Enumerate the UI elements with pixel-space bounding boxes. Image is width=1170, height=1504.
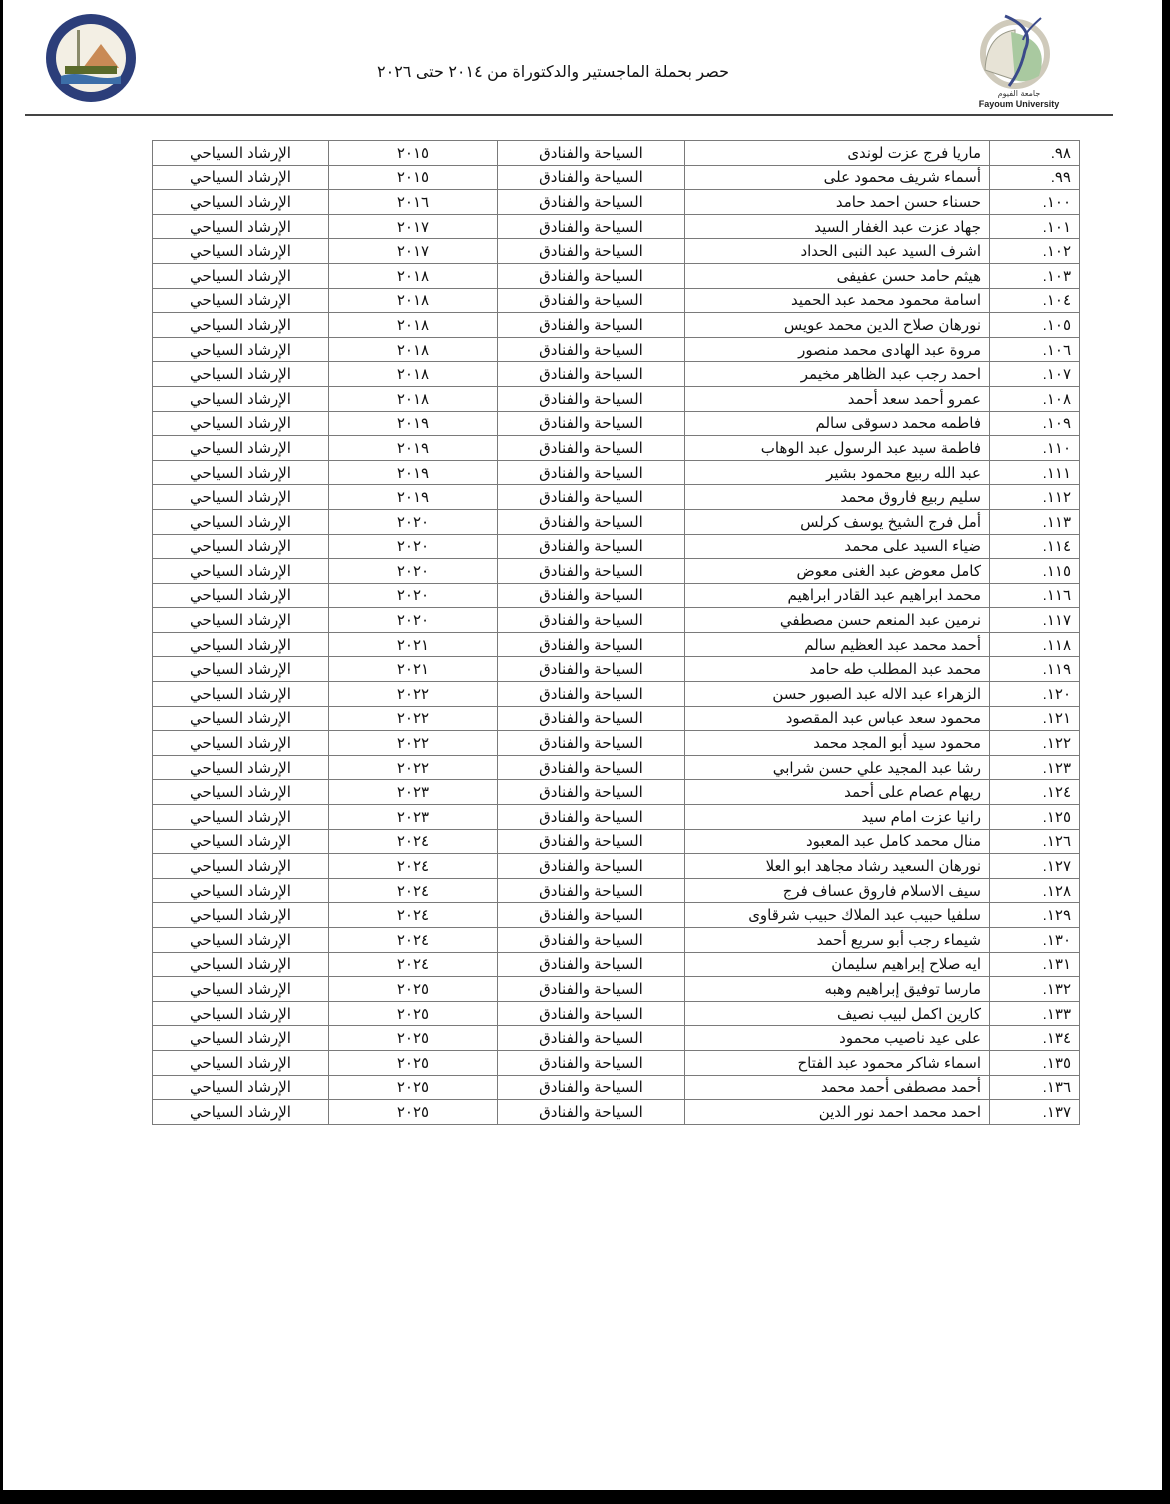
row-number: ١٠٧. — [990, 362, 1080, 387]
faculty-name: السياحة والفنادق — [498, 313, 685, 338]
table-row: ١٢٢. محمود سيد أبو المجد محمد السياحة وا… — [153, 731, 1080, 756]
graduate-name: اشرف السيد عبد النبى الحداد — [685, 239, 990, 264]
specialization: الإرشاد السياحي — [153, 780, 329, 805]
graduation-year: ٢٠٢٢ — [329, 755, 498, 780]
graduate-name: أحمد محمد عبد العظيم سالم — [685, 632, 990, 657]
graduation-year: ٢٠٢٢ — [329, 682, 498, 707]
graduate-name: رانيا عزت امام سيد — [685, 805, 990, 830]
faculty-name: السياحة والفنادق — [498, 559, 685, 584]
graduation-year: ٢٠٢٤ — [329, 952, 498, 977]
graduate-name: على عيد ناصيب محمود — [685, 1026, 990, 1051]
table-row: ١٠٨. عمرو أحمد سعد أحمد السياحة والفنادق… — [153, 386, 1080, 411]
graduate-name: فاطمه محمد دسوقى سالم — [685, 411, 990, 436]
graduate-name: كامل معوض عبد الغنى معوض — [685, 559, 990, 584]
graduation-year: ٢٠٢٤ — [329, 854, 498, 879]
faculty-name: السياحة والفنادق — [498, 608, 685, 633]
graduation-year: ٢٠٢١ — [329, 657, 498, 682]
graduate-name: سليم ربيع فاروق محمد — [685, 485, 990, 510]
row-number: ١١٦. — [990, 583, 1080, 608]
specialization: الإرشاد السياحي — [153, 362, 329, 387]
graduation-year: ٢٠٢٤ — [329, 928, 498, 953]
specialization: الإرشاد السياحي — [153, 583, 329, 608]
svg-text:جامعة الفيوم: جامعة الفيوم — [998, 89, 1041, 98]
graduate-name: احمد رجب عبد الظاهر مخيمر — [685, 362, 990, 387]
faculty-name: السياحة والفنادق — [498, 460, 685, 485]
graduate-name: اسامة محمود محمد عبد الحميد — [685, 288, 990, 313]
faculty-name: السياحة والفنادق — [498, 362, 685, 387]
graduate-name: عبد الله ربيع محمود بشير — [685, 460, 990, 485]
faculty-name: السياحة والفنادق — [498, 165, 685, 190]
row-number: ١٠٤. — [990, 288, 1080, 313]
graduation-year: ٢٠٢٤ — [329, 878, 498, 903]
row-number: ١٣٤. — [990, 1026, 1080, 1051]
table-row: ١٢٩. سلفيا حبيب عبد الملاك حبيب شرقاوى ا… — [153, 903, 1080, 928]
specialization: الإرشاد السياحي — [153, 1100, 329, 1125]
document-page: حصر بحملة الماجستير والدكتوراة من ٢٠١٤ ح… — [3, 0, 1162, 1490]
row-number: ١١٤. — [990, 534, 1080, 559]
graduate-name: أمل فرج الشيخ يوسف كرلس — [685, 509, 990, 534]
row-number: ١٠٠. — [990, 190, 1080, 215]
row-number: ٩٨. — [990, 141, 1080, 166]
specialization: الإرشاد السياحي — [153, 657, 329, 682]
table-row: ٩٨. ماريا فرج عزت لوندى السياحة والفنادق… — [153, 141, 1080, 166]
faculty-name: السياحة والفنادق — [498, 386, 685, 411]
specialization: الإرشاد السياحي — [153, 928, 329, 953]
row-number: ١١٩. — [990, 657, 1080, 682]
graduate-name: كارين اكمل لبيب نصيف — [685, 1001, 990, 1026]
row-number: ١١٠. — [990, 436, 1080, 461]
specialization: الإرشاد السياحي — [153, 239, 329, 264]
row-number: ١٠٥. — [990, 313, 1080, 338]
graduation-year: ٢٠٢٢ — [329, 731, 498, 756]
graduate-name: شيماء رجب أبو سريع أحمد — [685, 928, 990, 953]
faculty-name: السياحة والفنادق — [498, 755, 685, 780]
svg-text:Fayoum University: Fayoum University — [979, 99, 1060, 109]
table-row: ١٣٤. على عيد ناصيب محمود السياحة والفناد… — [153, 1026, 1080, 1051]
table-row: ١٠٥. نورهان صلاح الدين محمد عويس السياحة… — [153, 313, 1080, 338]
row-number: ١٣٣. — [990, 1001, 1080, 1026]
faculty-name: السياحة والفنادق — [498, 977, 685, 1002]
row-number: ١١٣. — [990, 509, 1080, 534]
header-divider — [25, 114, 1113, 116]
row-number: ١١٨. — [990, 632, 1080, 657]
row-number: ١٠٨. — [990, 386, 1080, 411]
table-row: ١١٠. فاطمة سيد عبد الرسول عبد الوهاب الس… — [153, 436, 1080, 461]
specialization: الإرشاد السياحي — [153, 190, 329, 215]
table-row: ٩٩. أسماء شريف محمود على السياحة والفناد… — [153, 165, 1080, 190]
table-row: ١٠٧. احمد رجب عبد الظاهر مخيمر السياحة و… — [153, 362, 1080, 387]
table-row: ١١٥. كامل معوض عبد الغنى معوض السياحة وا… — [153, 559, 1080, 584]
specialization: الإرشاد السياحي — [153, 485, 329, 510]
graduation-year: ٢٠١٨ — [329, 263, 498, 288]
faculty-name: السياحة والفنادق — [498, 952, 685, 977]
table-row: ١٢٧. نورهان السعيد رشاد مجاهد ابو العلا … — [153, 854, 1080, 879]
graduate-name: الزهراء عبد الاله عبد الصبور حسن — [685, 682, 990, 707]
row-number: ١٠١. — [990, 214, 1080, 239]
graduation-year: ٢٠١٧ — [329, 239, 498, 264]
table-row: ١٢٦. منال محمد كامل عبد المعبود السياحة … — [153, 829, 1080, 854]
faculty-name: السياحة والفنادق — [498, 657, 685, 682]
specialization: الإرشاد السياحي — [153, 534, 329, 559]
faculty-name: السياحة والفنادق — [498, 485, 685, 510]
faculty-name: السياحة والفنادق — [498, 411, 685, 436]
specialization: الإرشاد السياحي — [153, 460, 329, 485]
table-row: ١١٤. ضياء السيد على محمد السياحة والفناد… — [153, 534, 1080, 559]
faculty-name: السياحة والفنادق — [498, 583, 685, 608]
graduation-year: ٢٠١٧ — [329, 214, 498, 239]
specialization: الإرشاد السياحي — [153, 141, 329, 166]
graduation-year: ٢٠٢٥ — [329, 1075, 498, 1100]
table-row: ١٣١. ايه صلاح إبراهيم سليمان السياحة وال… — [153, 952, 1080, 977]
specialization: الإرشاد السياحي — [153, 1001, 329, 1026]
faculty-name: السياحة والفنادق — [498, 780, 685, 805]
faculty-name: السياحة والفنادق — [498, 1001, 685, 1026]
graduation-year: ٢٠١٩ — [329, 460, 498, 485]
document-title: حصر بحملة الماجستير والدكتوراة من ٢٠١٤ ح… — [303, 62, 803, 82]
graduation-year: ٢٠٢٥ — [329, 1100, 498, 1125]
row-number: ١٢٤. — [990, 780, 1080, 805]
row-number: ١١٢. — [990, 485, 1080, 510]
row-number: ٩٩. — [990, 165, 1080, 190]
graduate-name: نورهان صلاح الدين محمد عويس — [685, 313, 990, 338]
graduation-year: ٢٠٢٥ — [329, 1050, 498, 1075]
graduate-name: محمود سيد أبو المجد محمد — [685, 731, 990, 756]
faculty-name: السياحة والفنادق — [498, 288, 685, 313]
row-number: ١١٧. — [990, 608, 1080, 633]
graduation-year: ٢٠٢٥ — [329, 1026, 498, 1051]
row-number: ١٠٩. — [990, 411, 1080, 436]
specialization: الإرشاد السياحي — [153, 952, 329, 977]
graduate-name: هيثم حامد حسن عفيفى — [685, 263, 990, 288]
graduate-name: مروة عبد الهادى محمد منصور — [685, 337, 990, 362]
graduate-name: احمد محمد احمد نور الدين — [685, 1100, 990, 1125]
row-number: ١٠٣. — [990, 263, 1080, 288]
graduation-year: ٢٠١٨ — [329, 386, 498, 411]
graduation-year: ٢٠٢٠ — [329, 534, 498, 559]
specialization: الإرشاد السياحي — [153, 682, 329, 707]
row-number: ١٠٢. — [990, 239, 1080, 264]
graduation-year: ٢٠١٩ — [329, 411, 498, 436]
specialization: الإرشاد السياحي — [153, 829, 329, 854]
table-row: ١٢١. محمود سعد عباس عبد المقصود السياحة … — [153, 706, 1080, 731]
specialization: الإرشاد السياحي — [153, 878, 329, 903]
specialization: الإرشاد السياحي — [153, 165, 329, 190]
graduation-year: ٢٠٢٥ — [329, 977, 498, 1002]
graduate-name: نورهان السعيد رشاد مجاهد ابو العلا — [685, 854, 990, 879]
table-row: ١٣٥. اسماء شاكر محمود عبد الفتاح السياحة… — [153, 1050, 1080, 1075]
graduation-year: ٢٠١٨ — [329, 362, 498, 387]
graduation-year: ٢٠١٨ — [329, 288, 498, 313]
graduate-name: محمد عبد المطلب طه حامد — [685, 657, 990, 682]
row-number: ١٣٢. — [990, 977, 1080, 1002]
row-number: ١٢٩. — [990, 903, 1080, 928]
graduation-year: ٢٠٢٣ — [329, 805, 498, 830]
faculty-name: السياحة والفنادق — [498, 706, 685, 731]
document-header: حصر بحملة الماجستير والدكتوراة من ٢٠١٤ ح… — [3, 0, 1162, 120]
table-row: ١٠٢. اشرف السيد عبد النبى الحداد السياحة… — [153, 239, 1080, 264]
faculty-name: السياحة والفنادق — [498, 682, 685, 707]
row-number: ١٣٠. — [990, 928, 1080, 953]
row-number: ١١٥. — [990, 559, 1080, 584]
specialization: الإرشاد السياحي — [153, 509, 329, 534]
specialization: الإرشاد السياحي — [153, 706, 329, 731]
faculty-name: السياحة والفنادق — [498, 903, 685, 928]
graduate-name: ريهام عصام على أحمد — [685, 780, 990, 805]
specialization: الإرشاد السياحي — [153, 1050, 329, 1075]
faculty-name: السياحة والفنادق — [498, 263, 685, 288]
graduation-year: ٢٠٢٢ — [329, 706, 498, 731]
specialization: الإرشاد السياحي — [153, 805, 329, 830]
faculty-name: السياحة والفنادق — [498, 805, 685, 830]
table-row: ١٣٠. شيماء رجب أبو سريع أحمد السياحة وال… — [153, 928, 1080, 953]
specialization: الإرشاد السياحي — [153, 1026, 329, 1051]
specialization: الإرشاد السياحي — [153, 608, 329, 633]
specialization: الإرشاد السياحي — [153, 977, 329, 1002]
table-row: ١١٩. محمد عبد المطلب طه حامد السياحة وال… — [153, 657, 1080, 682]
specialization: الإرشاد السياحي — [153, 903, 329, 928]
row-number: ١٣٦. — [990, 1075, 1080, 1100]
graduate-name: ضياء السيد على محمد — [685, 534, 990, 559]
graduate-name: أسماء شريف محمود على — [685, 165, 990, 190]
graduation-year: ٢٠١٨ — [329, 337, 498, 362]
specialization: الإرشاد السياحي — [153, 411, 329, 436]
table-row: ١١٧. نرمين عبد المنعم حسن مصطفي السياحة … — [153, 608, 1080, 633]
table-row: ١٣٢. مارسا توفيق إبراهيم وهبه السياحة وا… — [153, 977, 1080, 1002]
specialization: الإرشاد السياحي — [153, 288, 329, 313]
fayoum-university-logo-icon: جامعة الفيوم Fayoum University — [965, 10, 1073, 112]
table-row: ١٠٩. فاطمه محمد دسوقى سالم السياحة والفن… — [153, 411, 1080, 436]
graduate-name: ماريا فرج عزت لوندى — [685, 141, 990, 166]
table-row: ١٠٦. مروة عبد الهادى محمد منصور السياحة … — [153, 337, 1080, 362]
faculty-name: السياحة والفنادق — [498, 731, 685, 756]
table-row: ١٠٠. حسناء حسن احمد حامد السياحة والفناد… — [153, 190, 1080, 215]
graduation-year: ٢٠٢١ — [329, 632, 498, 657]
graduation-year: ٢٠١٦ — [329, 190, 498, 215]
graduate-name: رشا عبد المجيد علي حسن شرابي — [685, 755, 990, 780]
graduation-year: ٢٠٢٠ — [329, 583, 498, 608]
faculty-name: السياحة والفنادق — [498, 1075, 685, 1100]
table-row: ١٢٠. الزهراء عبد الاله عبد الصبور حسن ال… — [153, 682, 1080, 707]
faculty-name: السياحة والفنادق — [498, 829, 685, 854]
graduate-name: حسناء حسن احمد حامد — [685, 190, 990, 215]
graduate-name: فاطمة سيد عبد الرسول عبد الوهاب — [685, 436, 990, 461]
specialization: الإرشاد السياحي — [153, 1075, 329, 1100]
graduation-year: ٢٠٢٠ — [329, 608, 498, 633]
table-row: ١١٢. سليم ربيع فاروق محمد السياحة والفنا… — [153, 485, 1080, 510]
specialization: الإرشاد السياحي — [153, 337, 329, 362]
specialization: الإرشاد السياحي — [153, 559, 329, 584]
graduation-year: ٢٠١٨ — [329, 313, 498, 338]
faculty-name: السياحة والفنادق — [498, 436, 685, 461]
graduation-year: ٢٠١٥ — [329, 165, 498, 190]
faculty-name: السياحة والفنادق — [498, 854, 685, 879]
faculty-logo-icon — [43, 12, 139, 104]
table-row: ١١٦. محمد ابراهيم عبد القادر ابراهيم الس… — [153, 583, 1080, 608]
table-row: ١٣٦. أحمد مصطفى أحمد محمد السياحة والفنا… — [153, 1075, 1080, 1100]
graduation-year: ٢٠٢٤ — [329, 903, 498, 928]
graduation-year: ٢٠١٩ — [329, 485, 498, 510]
specialization: الإرشاد السياحي — [153, 436, 329, 461]
graduate-name: سيف الاسلام فاروق عساف فرج — [685, 878, 990, 903]
row-number: ١٢١. — [990, 706, 1080, 731]
row-number: ١٢٣. — [990, 755, 1080, 780]
faculty-name: السياحة والفنادق — [498, 534, 685, 559]
row-number: ١٢٦. — [990, 829, 1080, 854]
specialization: الإرشاد السياحي — [153, 214, 329, 239]
table-row: ١٢٨. سيف الاسلام فاروق عساف فرج السياحة … — [153, 878, 1080, 903]
faculty-name: السياحة والفنادق — [498, 337, 685, 362]
table-row: ١٠٤. اسامة محمود محمد عبد الحميد السياحة… — [153, 288, 1080, 313]
faculty-name: السياحة والفنادق — [498, 239, 685, 264]
faculty-name: السياحة والفنادق — [498, 878, 685, 903]
graduates-table: ٩٨. ماريا فرج عزت لوندى السياحة والفنادق… — [152, 140, 1080, 1125]
row-number: ١٢٨. — [990, 878, 1080, 903]
table-row: ١٣٧. احمد محمد احمد نور الدين السياحة وا… — [153, 1100, 1080, 1125]
graduate-name: عمرو أحمد سعد أحمد — [685, 386, 990, 411]
table-row: ١٠١. جهاد عزت عبد الغفار السيد السياحة و… — [153, 214, 1080, 239]
graduate-name: جهاد عزت عبد الغفار السيد — [685, 214, 990, 239]
faculty-name: السياحة والفنادق — [498, 141, 685, 166]
graduation-year: ٢٠٢٤ — [329, 829, 498, 854]
specialization: الإرشاد السياحي — [153, 313, 329, 338]
graduation-year: ٢٠٢٥ — [329, 1001, 498, 1026]
row-number: ١٣١. — [990, 952, 1080, 977]
graduate-name: ايه صلاح إبراهيم سليمان — [685, 952, 990, 977]
row-number: ١٢٥. — [990, 805, 1080, 830]
graduate-name: نرمين عبد المنعم حسن مصطفي — [685, 608, 990, 633]
specialization: الإرشاد السياحي — [153, 731, 329, 756]
row-number: ١٠٦. — [990, 337, 1080, 362]
table-row: ١٠٣. هيثم حامد حسن عفيفى السياحة والفناد… — [153, 263, 1080, 288]
faculty-name: السياحة والفنادق — [498, 1026, 685, 1051]
specialization: الإرشاد السياحي — [153, 854, 329, 879]
graduate-name: أحمد مصطفى أحمد محمد — [685, 1075, 990, 1100]
table-row: ١١٨. أحمد محمد عبد العظيم سالم السياحة و… — [153, 632, 1080, 657]
graduate-name: مارسا توفيق إبراهيم وهبه — [685, 977, 990, 1002]
row-number: ١٣٧. — [990, 1100, 1080, 1125]
row-number: ١١١. — [990, 460, 1080, 485]
specialization: الإرشاد السياحي — [153, 386, 329, 411]
graduate-name: سلفيا حبيب عبد الملاك حبيب شرقاوى — [685, 903, 990, 928]
table-row: ١٢٤. ريهام عصام على أحمد السياحة والفناد… — [153, 780, 1080, 805]
table-row: ١٣٣. كارين اكمل لبيب نصيف السياحة والفنا… — [153, 1001, 1080, 1026]
faculty-name: السياحة والفنادق — [498, 1100, 685, 1125]
graduation-year: ٢٠٢٣ — [329, 780, 498, 805]
table-row: ١١١. عبد الله ربيع محمود بشير السياحة وا… — [153, 460, 1080, 485]
graduate-name: محمد ابراهيم عبد القادر ابراهيم — [685, 583, 990, 608]
row-number: ١٣٥. — [990, 1050, 1080, 1075]
graduate-name: منال محمد كامل عبد المعبود — [685, 829, 990, 854]
graduation-year: ٢٠١٩ — [329, 436, 498, 461]
specialization: الإرشاد السياحي — [153, 632, 329, 657]
row-number: ١٢٠. — [990, 682, 1080, 707]
faculty-name: السياحة والفنادق — [498, 928, 685, 953]
faculty-name: السياحة والفنادق — [498, 190, 685, 215]
graduate-name: محمود سعد عباس عبد المقصود — [685, 706, 990, 731]
table-row: ١١٣. أمل فرج الشيخ يوسف كرلس السياحة وال… — [153, 509, 1080, 534]
faculty-name: السياحة والفنادق — [498, 509, 685, 534]
row-number: ١٢٢. — [990, 731, 1080, 756]
graduation-year: ٢٠١٥ — [329, 141, 498, 166]
graduation-year: ٢٠٢٠ — [329, 559, 498, 584]
row-number: ١٢٧. — [990, 854, 1080, 879]
graduation-year: ٢٠٢٠ — [329, 509, 498, 534]
table-row: ١٢٥. رانيا عزت امام سيد السياحة والفنادق… — [153, 805, 1080, 830]
specialization: الإرشاد السياحي — [153, 755, 329, 780]
specialization: الإرشاد السياحي — [153, 263, 329, 288]
faculty-name: السياحة والفنادق — [498, 1050, 685, 1075]
faculty-name: السياحة والفنادق — [498, 632, 685, 657]
table-row: ١٢٣. رشا عبد المجيد علي حسن شرابي السياح… — [153, 755, 1080, 780]
faculty-name: السياحة والفنادق — [498, 214, 685, 239]
graduate-name: اسماء شاكر محمود عبد الفتاح — [685, 1050, 990, 1075]
